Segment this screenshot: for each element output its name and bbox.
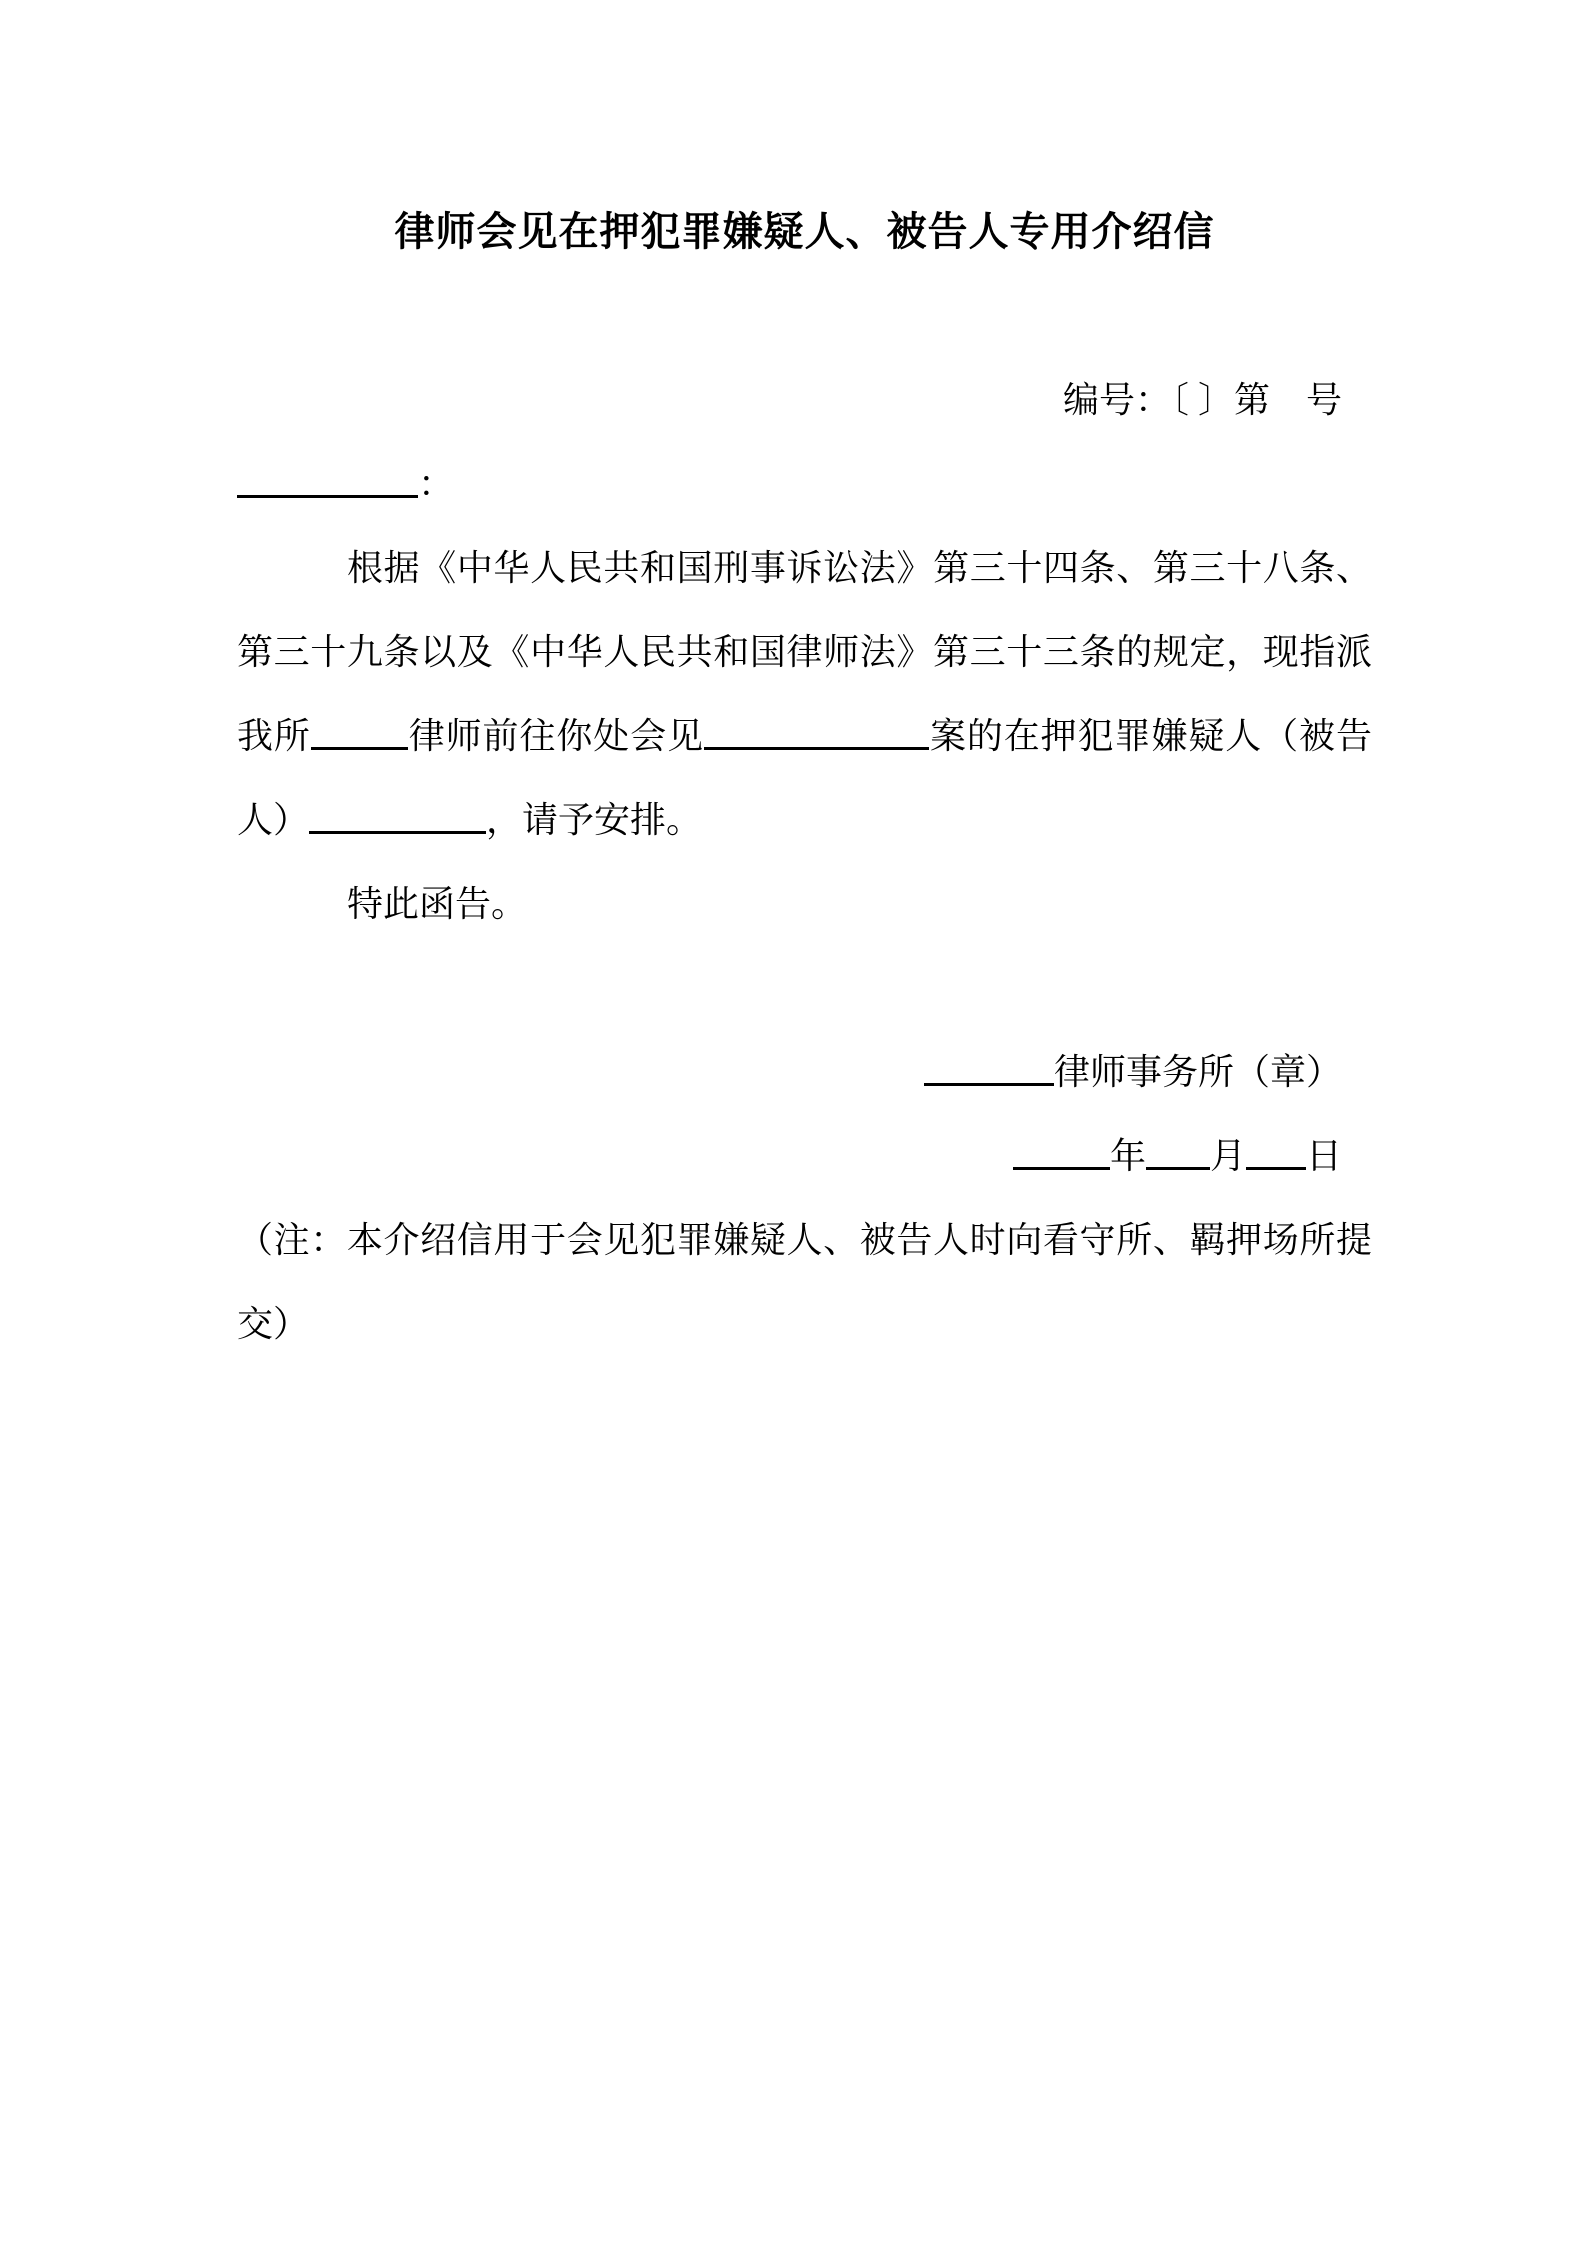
recipient-blank-field <box>237 494 418 498</box>
salutation-line: ： <box>237 442 1372 526</box>
body-line-3-text-2: 律师前往你处会见 <box>408 716 704 756</box>
case-name-blank-field <box>704 746 929 750</box>
month-label: 月 <box>1210 1136 1246 1176</box>
document-page: 律师会见在押犯罪嫌疑人、被告人专用介绍信 编号：〔 〕第 号 ： 根据《中华人民… <box>0 0 1587 2245</box>
signature-date-line: 年月日 <box>237 1114 1372 1198</box>
spacer-line <box>237 946 1372 1030</box>
note-line-1: （注：本介绍信用于会见犯罪嫌疑人、被告人时向看守所、羁押场所提 <box>237 1198 1372 1282</box>
body-line-3-text-3: 案的在押犯罪嫌疑人（被告 <box>929 716 1372 756</box>
year-label: 年 <box>1110 1136 1146 1176</box>
note-line-2: 交） <box>237 1282 1372 1366</box>
document-content: 律师会见在押犯罪嫌疑人、被告人专用介绍信 编号：〔 〕第 号 ： 根据《中华人民… <box>0 0 1587 1366</box>
salutation-colon: ： <box>418 464 454 504</box>
document-number-line: 编号：〔 〕第 号 <box>237 358 1372 442</box>
firm-name-blank-field <box>924 1082 1054 1086</box>
body-line-4-text-1: 人） <box>237 800 309 840</box>
body-line-2: 第三十九条以及《中华人民共和国律师法》第三十三条的规定，现指派 <box>237 610 1372 694</box>
body-line-5: 特此函告。 <box>237 862 1372 946</box>
signature-firm-line: 律师事务所（章） <box>237 1030 1372 1114</box>
document-title: 律师会见在押犯罪嫌疑人、被告人专用介绍信 <box>237 190 1372 274</box>
lawyer-name-blank-field <box>311 746 408 750</box>
body-line-3: 我所律师前往你处会见案的在押犯罪嫌疑人（被告 <box>237 694 1372 778</box>
body-line-4: 人），请予安排。 <box>237 778 1372 862</box>
suspect-name-blank-field <box>309 830 486 834</box>
spacer-line <box>237 274 1372 358</box>
firm-suffix-text: 律师事务所（章） <box>1054 1052 1342 1092</box>
body-line-3-text-1: 我所 <box>237 716 311 756</box>
year-blank-field <box>1013 1166 1110 1170</box>
day-label: 日 <box>1306 1136 1342 1176</box>
month-blank-field <box>1146 1166 1210 1170</box>
day-blank-field <box>1246 1166 1306 1170</box>
body-line-1: 根据《中华人民共和国刑事诉讼法》第三十四条、第三十八条、 <box>237 526 1372 610</box>
body-line-4-text-2: ，请予安排。 <box>486 800 702 840</box>
